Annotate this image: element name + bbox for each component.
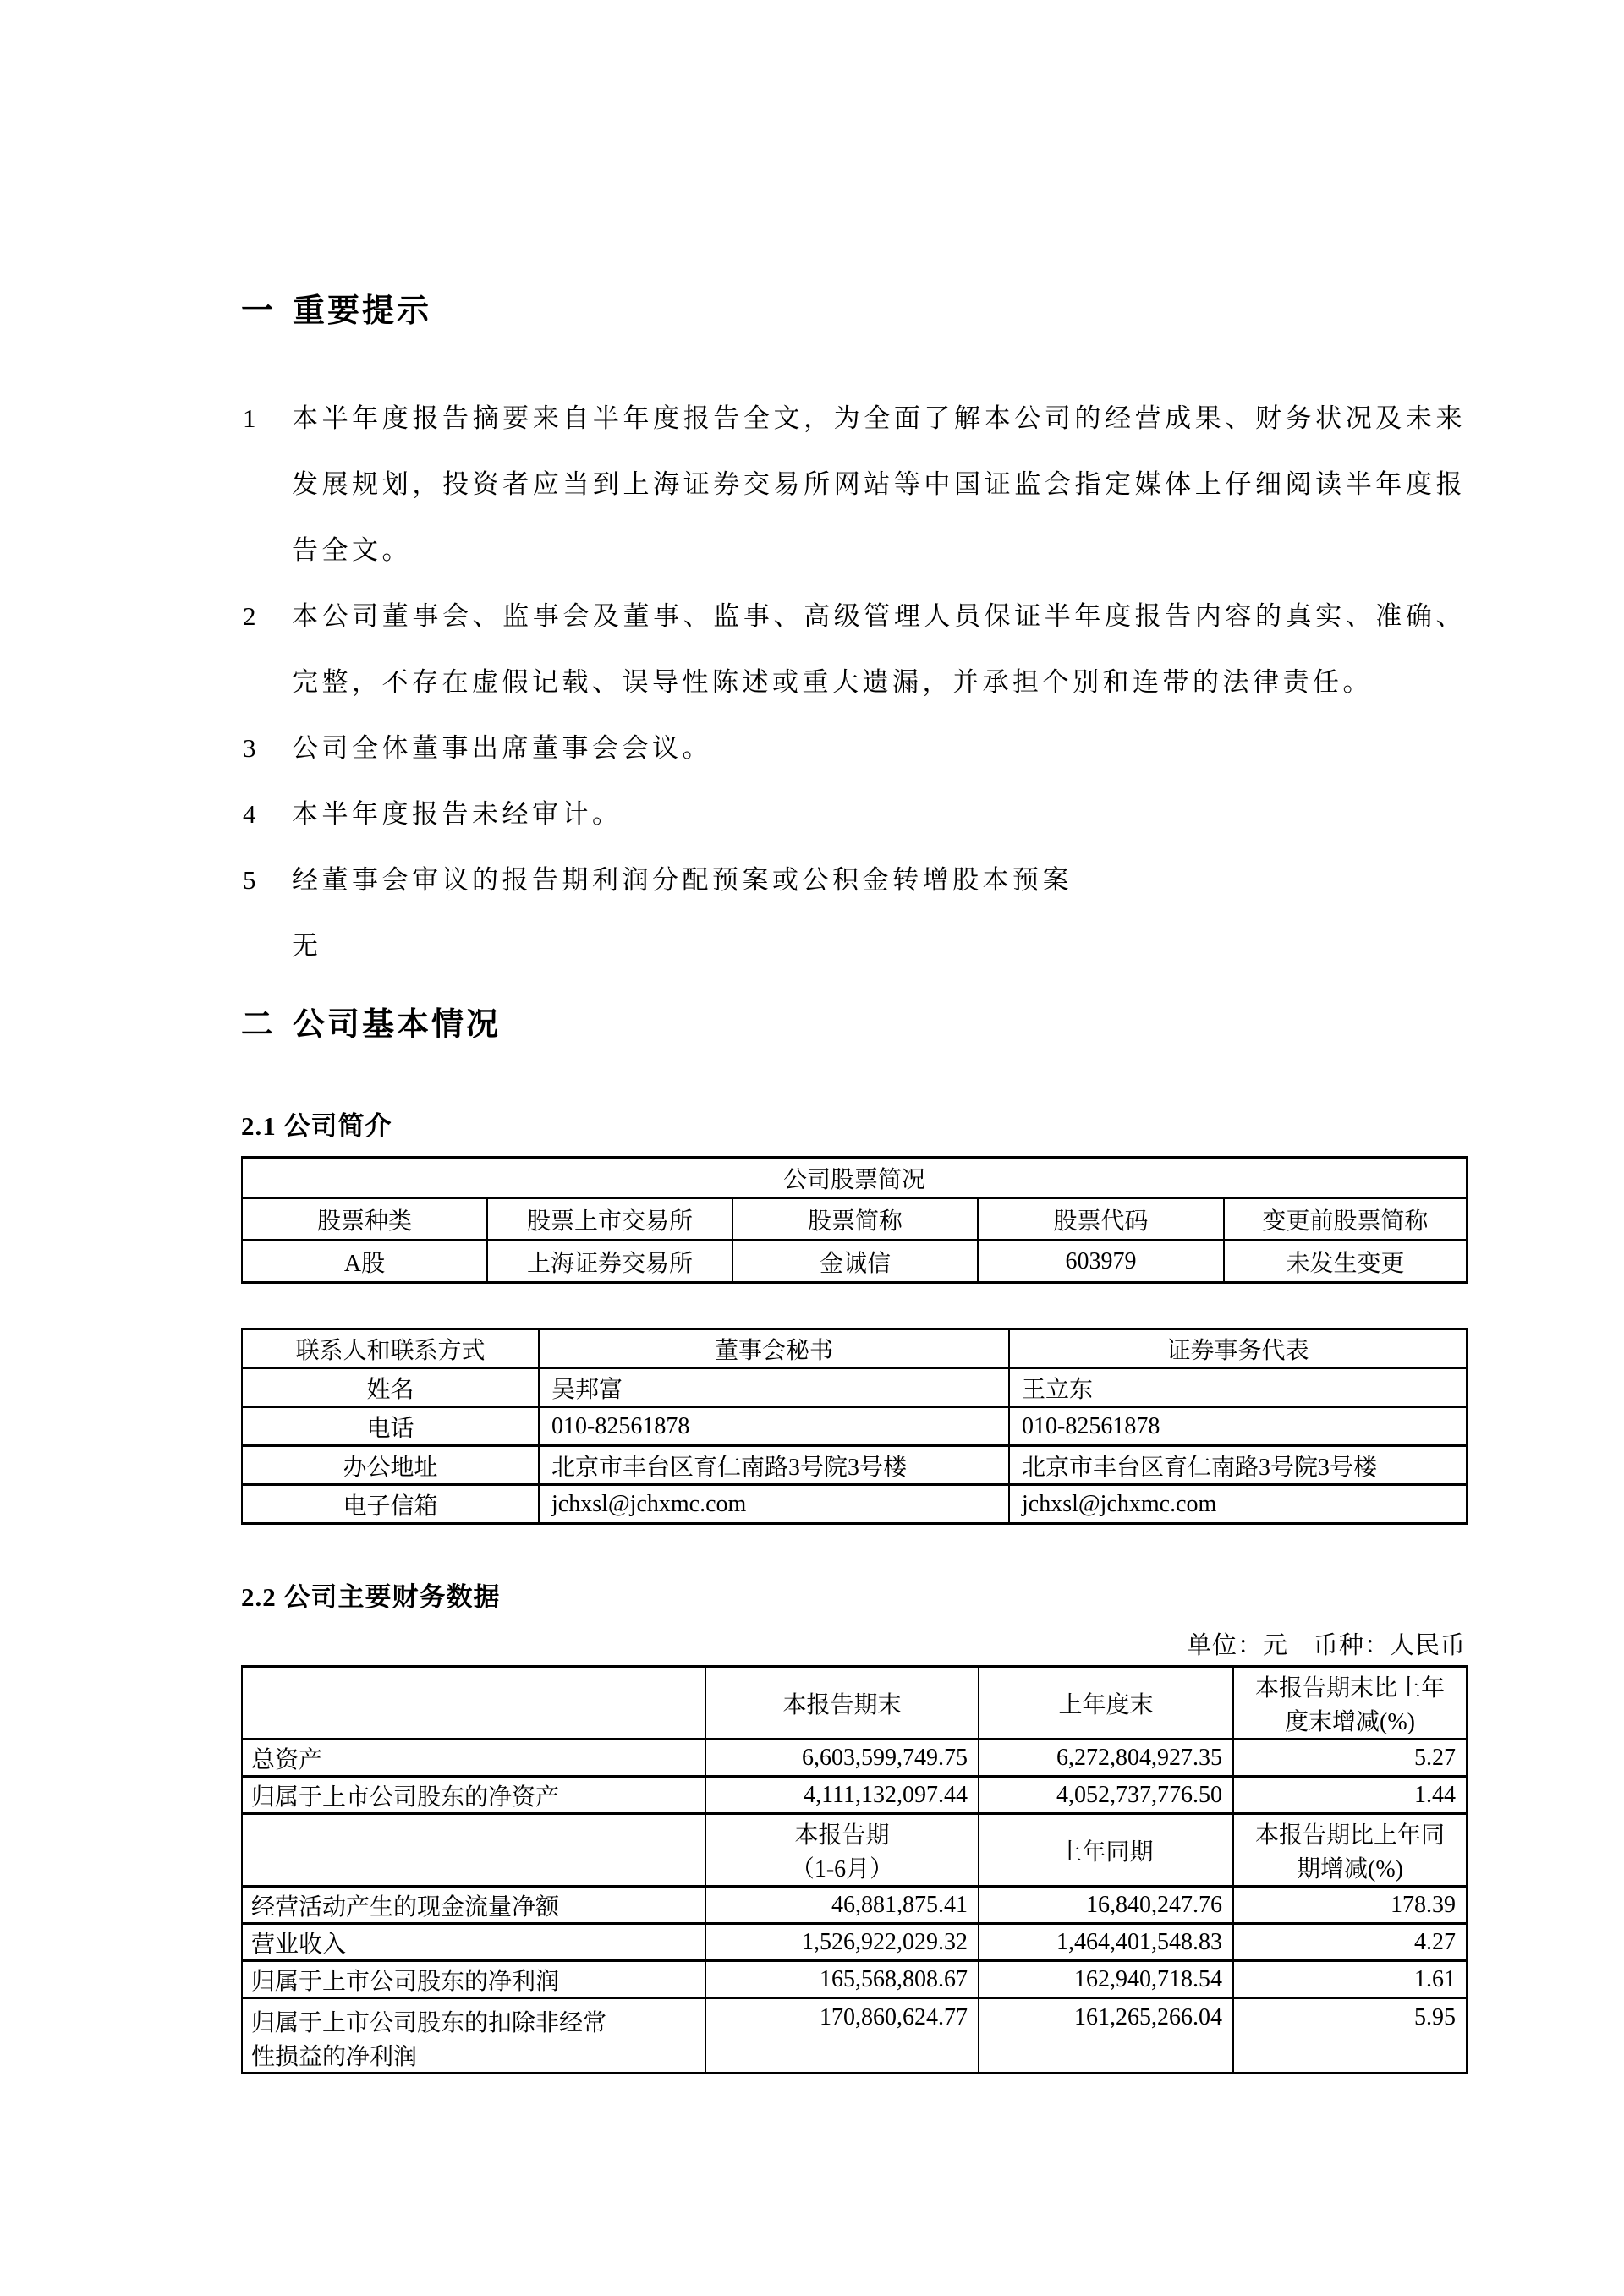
column-header: 股票简称 [732,1198,978,1241]
representative-phone: 010-82561878 [1009,1407,1467,1446]
notice-item-1: 1本半年度报告摘要来自半年度报告全文，为全面了解本公司的经营成果、财务状况及未来… [241,386,1466,584]
contact-table: 联系人和联系方式 董事会秘书 证券事务代表 姓名 吴邦富 王立东 电话 010-… [241,1328,1468,1525]
stock-overview-table: 公司股票简况 股票种类 股票上市交易所 股票简称 股票代码 变更前股票简称 A股… [241,1156,1468,1284]
section-2-title: 公司基本情况 [293,1007,501,1043]
column-header: 上年度末 [979,1667,1233,1740]
column-header: 股票种类 [242,1198,487,1241]
row-label: 总资产 [242,1740,705,1777]
notice-item-5: 5经董事会审议的报告期利润分配预案或公积金转增股本预案 [241,847,1466,913]
section-2-1-heading: 2.1 公司简介 [241,1110,1466,1143]
notice-number: 5 [243,847,256,913]
column-header: 上年同期 [979,1814,1233,1887]
secretary-phone: 010-82561878 [539,1407,1009,1446]
secretary-email: jchxsl@jchxmc.com [539,1485,1009,1524]
notice-number: 4 [243,781,256,847]
column-header: 本报告期末比上年 度末增减(%) [1233,1667,1467,1740]
stock-exchange: 上海证券交易所 [487,1241,732,1283]
table-row: 本报告期 （1-6月） 上年同期 本报告期比上年同 期增减(%) [242,1814,1467,1887]
section-1-title: 重要提示 [293,293,431,329]
table-row: 营业收入 1,526,922,029.32 1,464,401,548.83 4… [242,1924,1467,1961]
section-1-number: 一 [241,291,276,332]
table-row: 归属于上市公司股东的净资产 4,111,132,097.44 4,052,737… [242,1777,1467,1814]
column-header: 股票代码 [978,1198,1224,1241]
report-content: 一重要提示 1本半年度报告摘要来自半年度报告全文，为全面了解本公司的经营成果、财… [241,291,1466,2074]
column-header: 本报告期比上年同 期增减(%) [1233,1814,1467,1887]
table-row: 联系人和联系方式 董事会秘书 证券事务代表 [242,1329,1467,1368]
row-label: 办公地址 [242,1446,539,1485]
value-change: 5.95 [1233,1998,1467,2074]
notice-text: 本公司董事会、监事会及董事、监事、高级管理人员保证半年度报告内容的真实、准确、完… [292,601,1466,697]
section-2-heading: 二公司基本情况 [241,1005,1466,1045]
value-prior: 16,840,247.76 [979,1887,1233,1924]
representative-address: 北京市丰台区育仁南路3号院3号楼 [1009,1446,1467,1485]
table-row: A股 上海证券交易所 金诚信 603979 未发生变更 [242,1241,1467,1283]
table-row: 公司股票简况 [242,1158,1467,1198]
value-current: 6,603,599,749.75 [705,1740,979,1777]
stock-table-title: 公司股票简况 [242,1158,1467,1198]
table-row: 电子信箱 jchxsl@jchxmc.com jchxsl@jchxmc.com [242,1485,1467,1524]
report-page: 一重要提示 1本半年度报告摘要来自半年度报告全文，为全面了解本公司的经营成果、财… [0,0,1624,2296]
value-current: 170,860,624.77 [705,1998,979,2074]
empty-cell [242,1814,705,1887]
secretary-name: 吴邦富 [539,1368,1009,1407]
secretary-address: 北京市丰台区育仁南路3号院3号楼 [539,1446,1009,1485]
notice-number: 3 [243,715,256,781]
stock-short-name: 金诚信 [732,1241,978,1283]
representative-email: jchxsl@jchxmc.com [1009,1485,1467,1524]
table-row: 归属于上市公司股东的扣除非经常 性损益的净利润 170,860,624.77 1… [242,1998,1467,2074]
value-prior: 6,272,804,927.35 [979,1740,1233,1777]
empty-cell [242,1667,705,1740]
table-row: 电话 010-82561878 010-82561878 [242,1407,1467,1446]
value-prior: 1,464,401,548.83 [979,1924,1233,1961]
value-prior: 4,052,737,776.50 [979,1777,1233,1814]
table-row: 归属于上市公司股东的净利润 165,568,808.67 162,940,718… [242,1961,1467,1998]
column-header: 董事会秘书 [539,1329,1009,1368]
row-label: 营业收入 [242,1924,705,1961]
row-label: 归属于上市公司股东的净资产 [242,1777,705,1814]
notice-text: 公司全体董事出席董事会会议。 [292,733,712,763]
important-notices-list: 1本半年度报告摘要来自半年度报告全文，为全面了解本公司的经营成果、财务状况及未来… [241,386,1466,979]
notice-item-2: 2本公司董事会、监事会及董事、监事、高级管理人员保证半年度报告内容的真实、准确、… [241,584,1466,715]
table-row: 经营活动产生的现金流量净额 46,881,875.41 16,840,247.7… [242,1887,1467,1924]
table-row: 总资产 6,603,599,749.75 6,272,804,927.35 5.… [242,1740,1467,1777]
value-change: 178.39 [1233,1887,1467,1924]
table-row: 办公地址 北京市丰台区育仁南路3号院3号楼 北京市丰台区育仁南路3号院3号楼 [242,1446,1467,1485]
row-label: 归属于上市公司股东的净利润 [242,1961,705,1998]
stock-type: A股 [242,1241,487,1283]
row-label: 姓名 [242,1368,539,1407]
row-label: 归属于上市公司股东的扣除非经常 性损益的净利润 [242,1998,705,2074]
section-2-number: 二 [241,1005,276,1045]
notice-number: 2 [243,584,256,649]
value-current: 46,881,875.41 [705,1887,979,1924]
column-header: 本报告期末 [705,1667,979,1740]
value-current: 165,568,808.67 [705,1961,979,1998]
currency-unit-note: 单位：元 币种：人民币 [241,1630,1466,1661]
table-row: 姓名 吴邦富 王立东 [242,1368,1467,1407]
notice-item-3: 3公司全体董事出席董事会会议。 [241,715,1466,781]
row-label: 电子信箱 [242,1485,539,1524]
value-prior: 161,265,266.04 [979,1998,1233,2074]
notice-number: 1 [243,386,256,452]
column-header: 本报告期 （1-6月） [705,1814,979,1887]
value-change: 1.61 [1233,1961,1467,1998]
value-prior: 162,940,718.54 [979,1961,1233,1998]
row-label: 经营活动产生的现金流量净额 [242,1887,705,1924]
notice-item-4: 4本半年度报告未经审计。 [241,781,1466,847]
stock-prev-name: 未发生变更 [1224,1241,1467,1283]
notice-text: 无 [292,931,322,961]
table-row: 本报告期末 上年度末 本报告期末比上年 度末增减(%) [242,1667,1467,1740]
column-header: 股票上市交易所 [487,1198,732,1241]
value-current: 1,526,922,029.32 [705,1924,979,1961]
value-current: 4,111,132,097.44 [705,1777,979,1814]
value-change: 5.27 [1233,1740,1467,1777]
section-2-2-heading: 2.2 公司主要财务数据 [241,1581,1466,1614]
column-header: 联系人和联系方式 [242,1329,539,1368]
section-1-heading: 一重要提示 [241,291,1466,332]
row-label: 电话 [242,1407,539,1446]
financial-data-table: 本报告期末 上年度末 本报告期末比上年 度末增减(%) 总资产 6,603,59… [241,1665,1468,2074]
table-row: 股票种类 股票上市交易所 股票简称 股票代码 变更前股票简称 [242,1198,1467,1241]
stock-code: 603979 [978,1241,1224,1283]
column-header: 证券事务代表 [1009,1329,1467,1368]
notice-text: 经董事会审议的报告期利润分配预案或公积金转增股本预案 [292,865,1073,895]
notice-item-none: 无 [241,913,1466,979]
value-change: 4.27 [1233,1924,1467,1961]
value-change: 1.44 [1233,1777,1467,1814]
representative-name: 王立东 [1009,1368,1467,1407]
column-header: 变更前股票简称 [1224,1198,1467,1241]
notice-text: 本半年度报告未经审计。 [292,799,623,829]
notice-text: 本半年度报告摘要来自半年度报告全文，为全面了解本公司的经营成果、财务状况及未来发… [292,403,1466,565]
